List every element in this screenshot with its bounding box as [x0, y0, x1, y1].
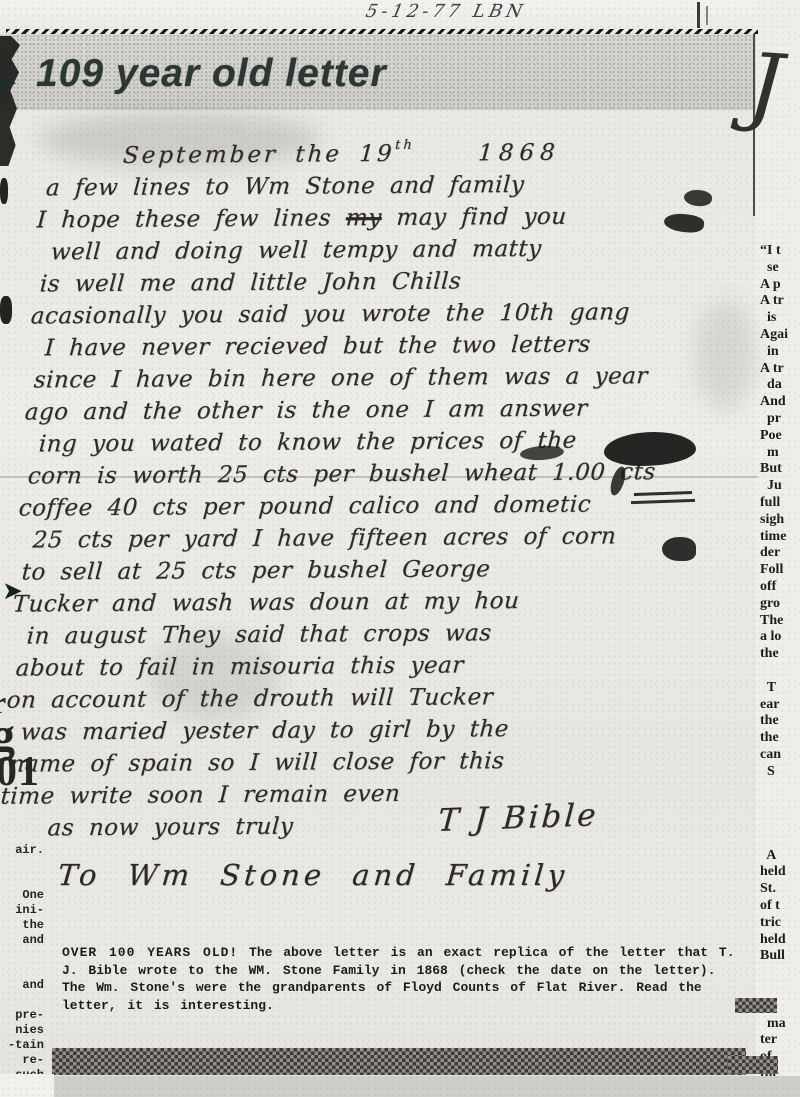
letter-line-text: I hope these few lines	[36, 205, 347, 233]
letter-date-line: September the 19th1868	[122, 127, 779, 172]
torn-edge-blob	[0, 178, 8, 204]
letter-addressee: To Wm Stone and Family	[57, 858, 570, 892]
letter-line: in august They said that crops was	[26, 615, 748, 652]
letter-date-pre: September the 19	[122, 141, 395, 169]
letter-line: time write soon I remain even	[0, 776, 738, 813]
ink-blot	[662, 537, 696, 561]
caption: OVER 100 YEARS OLD! The above letter is …	[62, 944, 746, 1014]
halftone-patch	[735, 998, 777, 1013]
headline-arrow-icon: ➤	[0, 66, 17, 99]
halftone-patch	[728, 1056, 778, 1074]
letter-line: I have never recieved but the two letter…	[44, 327, 766, 364]
pen-tick-mark	[697, 2, 700, 28]
letter-line: ago and the other is the one I am answer	[24, 391, 762, 428]
letter-date-superscript: th	[395, 138, 416, 153]
letter-line: since I have bin here one of them was a …	[33, 359, 764, 396]
headline: 109 year old letter	[36, 52, 387, 96]
caption-lead: OVER 100 YEARS OLD!	[62, 945, 238, 960]
letter-line: about to fail in misouria this year	[15, 647, 746, 684]
right-column-fragments: “I t se A p A tr is Agai in A tr da And …	[760, 243, 800, 1097]
letter-line: is well me and little John Chills	[39, 263, 770, 300]
pen-tick-mark	[706, 6, 708, 25]
letter-closing-line: as now yours truly	[47, 808, 736, 845]
letter-line: well and doing well tempy and matty	[50, 231, 772, 268]
torn-edge-blob	[0, 296, 12, 324]
left-column-fragments: air. One ini- the and and pre- nies -tai…	[0, 843, 44, 1083]
letter-line: was maried yester day to girl by the	[20, 712, 742, 749]
letter-line: Tucker and wash was doun at my hou	[12, 583, 750, 620]
handwritten-date-annotation: 5-12-77 LBN	[364, 1, 529, 22]
letter-line-text: may find you	[381, 204, 568, 231]
letter-date-year: 1868	[477, 140, 561, 167]
bottom-tear	[0, 1074, 54, 1097]
letter-line: to sell at 25 cts per bushel George	[21, 551, 752, 588]
letter-line: I hope these few lines my may find you	[36, 199, 774, 236]
letter-line: 25 cts per yard I have fifteen acres of …	[32, 519, 754, 556]
bottom-paper-edge	[0, 1076, 800, 1097]
letter-line: a few lines to Wm Stone and family	[45, 167, 776, 204]
corner-pen-mark: J	[745, 35, 786, 137]
scanned-newspaper-clipping: 5-12-77 LBN ➤ 109 year old letter J “I t…	[0, 0, 800, 1097]
bottom-halftone-band	[52, 1048, 746, 1075]
letter-line: acasionally you said you wrote the 10th …	[30, 295, 768, 332]
letter-line: name of spain so I will close for this	[9, 744, 740, 781]
letter-line: on account of the drouth will Tucker	[6, 680, 744, 717]
letter-signature: T J Bible	[437, 797, 600, 839]
handwritten-letter: September the 19th1868 a few lines to Wm…	[0, 127, 778, 845]
struck-word: my	[345, 205, 382, 231]
